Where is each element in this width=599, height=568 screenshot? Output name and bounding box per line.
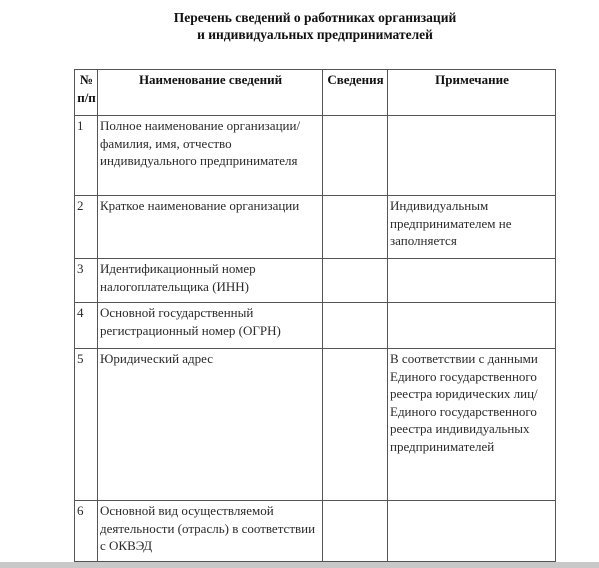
table-row: 1 Полное наименование организации/фамили… [75, 116, 556, 196]
row-info[interactable] [323, 116, 388, 196]
row-name: Юридический адрес [98, 349, 323, 501]
row-number: 3 [75, 259, 98, 303]
row-name: Основной вид осуществляемой деятельности… [98, 501, 323, 562]
row-note: В соответствии с данными Единого государ… [388, 349, 556, 501]
row-info[interactable] [323, 196, 388, 259]
table-row: 2 Краткое наименование организации Индив… [75, 196, 556, 259]
title-line-1: Перечень сведений о работниках организац… [0, 9, 599, 26]
page-bottom-edge [0, 562, 599, 568]
row-note [388, 116, 556, 196]
info-table: № п/п Наименование сведений Сведения При… [74, 69, 556, 562]
row-number: 6 [75, 501, 98, 562]
row-note [388, 501, 556, 562]
row-note [388, 259, 556, 303]
header-name: Наименование сведений [98, 70, 323, 116]
row-note: Индивидуальным предпринимателем не запол… [388, 196, 556, 259]
header-note: Примечание [388, 70, 556, 116]
row-number: 1 [75, 116, 98, 196]
row-info[interactable] [323, 259, 388, 303]
row-info[interactable] [323, 349, 388, 501]
row-name: Полное наименование организации/фамилия,… [98, 116, 323, 196]
row-number: 5 [75, 349, 98, 501]
row-info[interactable] [323, 303, 388, 349]
row-name: Краткое наименование организации [98, 196, 323, 259]
row-number: 2 [75, 196, 98, 259]
row-name: Основной государственный регистрационный… [98, 303, 323, 349]
table-row: 4 Основной государственный регистрационн… [75, 303, 556, 349]
row-number: 4 [75, 303, 98, 349]
table-header-row: № п/п Наименование сведений Сведения При… [75, 70, 556, 116]
document-title: Перечень сведений о работниках организац… [0, 9, 599, 43]
header-number: № п/п [75, 70, 98, 116]
row-name: Идентификационный номер налогоплательщик… [98, 259, 323, 303]
title-line-2: и индивидуальных предпринимателей [0, 26, 599, 43]
table-row: 3 Идентификационный номер налогоплательщ… [75, 259, 556, 303]
header-info: Сведения [323, 70, 388, 116]
row-info[interactable] [323, 501, 388, 562]
table-row: 5 Юридический адрес В соответствии с дан… [75, 349, 556, 501]
table-row: 6 Основной вид осуществляемой деятельнос… [75, 501, 556, 562]
row-note [388, 303, 556, 349]
